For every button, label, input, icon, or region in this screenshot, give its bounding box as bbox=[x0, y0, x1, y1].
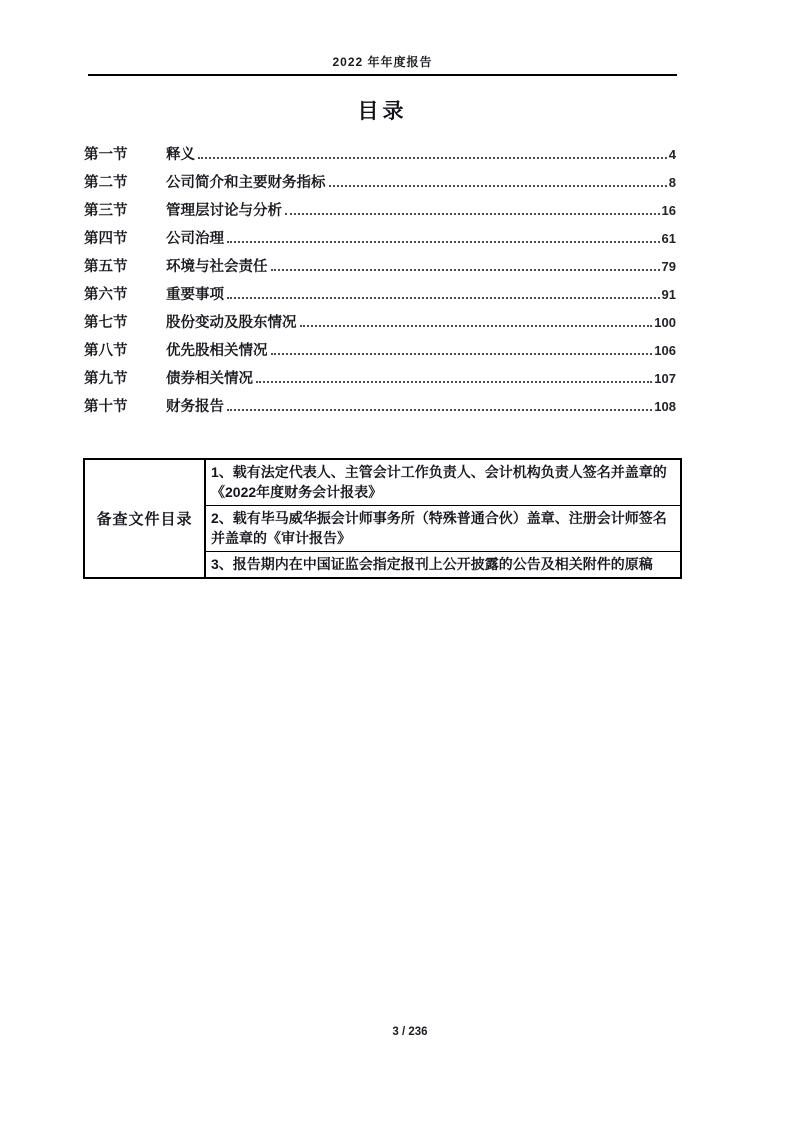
table-row: 1、载有法定代表人、主管会计工作负责人、会计机构负责人签名并盖章的《2022年度… bbox=[206, 460, 680, 506]
toc-entry-title: 债券相关情况 bbox=[166, 367, 254, 388]
toc-entry-10: 第十节 财务报告 108 bbox=[84, 395, 676, 423]
toc-entry-title: 释义 bbox=[166, 143, 196, 164]
toc-entry-2: 第二节 公司简介和主要财务指标 8 bbox=[84, 171, 676, 199]
table-row: 2、载有毕马威华振会计师事务所（特殊普通合伙）盖章、注册会计师签名并盖章的《审计… bbox=[206, 506, 680, 552]
footer-page-number: 3 / 236 bbox=[0, 1026, 794, 1038]
toc-entry-6: 第六节 重要事项 91 bbox=[84, 283, 676, 311]
toc-page-number: 100 bbox=[654, 315, 676, 330]
toc-entry-4: 第四节 公司治理 61 bbox=[84, 227, 676, 255]
toc-page-number: 61 bbox=[662, 231, 676, 246]
toc-entry-title: 财务报告 bbox=[166, 395, 225, 416]
toc-dot-leader bbox=[271, 269, 660, 271]
toc-dot-leader bbox=[227, 409, 652, 411]
toc-section-label: 第四节 bbox=[84, 227, 166, 248]
toc-section-label: 第十节 bbox=[84, 395, 166, 416]
toc-page-number: 4 bbox=[669, 147, 676, 162]
header-divider-rule bbox=[88, 74, 677, 76]
toc-dot-leader bbox=[329, 185, 667, 187]
toc-page-number: 107 bbox=[654, 371, 676, 386]
reference-table-label: 备查文件目录 bbox=[85, 460, 206, 577]
toc-dot-leader bbox=[285, 213, 660, 215]
reference-documents-table: 备查文件目录 1、载有法定代表人、主管会计工作负责人、会计机构负责人签名并盖章的… bbox=[83, 458, 682, 579]
toc-page-number: 16 bbox=[662, 203, 676, 218]
toc-page-number: 8 bbox=[669, 175, 676, 190]
table-of-contents: 第一节 释义 4 第二节 公司简介和主要财务指标 8 第三节 管理层讨论与分析 … bbox=[84, 143, 676, 423]
toc-dot-leader bbox=[271, 353, 653, 355]
toc-entry-title: 优先股相关情况 bbox=[166, 339, 269, 360]
annual-report-toc-page: { "page": { "header": "2022 年年度报告", "tit… bbox=[0, 0, 794, 1123]
toc-entry-8: 第八节 优先股相关情况 106 bbox=[84, 339, 676, 367]
table-row: 3、报告期内在中国证监会指定报刊上公开披露的公告及相关附件的原稿 bbox=[206, 552, 680, 577]
toc-entry-7: 第七节 股份变动及股东情况 100 bbox=[84, 311, 676, 339]
toc-entry-9: 第九节 债券相关情况 107 bbox=[84, 367, 676, 395]
toc-section-label: 第三节 bbox=[84, 199, 166, 220]
reference-table-rows: 1、载有法定代表人、主管会计工作负责人、会计机构负责人签名并盖章的《2022年度… bbox=[206, 460, 680, 577]
toc-section-label: 第八节 bbox=[84, 339, 166, 360]
toc-section-label: 第九节 bbox=[84, 367, 166, 388]
toc-dot-leader bbox=[300, 325, 653, 327]
toc-entry-title: 重要事项 bbox=[166, 283, 225, 304]
toc-page-number: 91 bbox=[662, 287, 676, 302]
toc-entry-title: 公司简介和主要财务指标 bbox=[166, 171, 327, 192]
toc-entry-title: 管理层讨论与分析 bbox=[166, 199, 283, 220]
toc-section-label: 第一节 bbox=[84, 143, 166, 164]
toc-entry-title: 股份变动及股东情况 bbox=[166, 311, 298, 332]
toc-entry-title: 公司治理 bbox=[166, 227, 225, 248]
toc-dot-leader bbox=[198, 157, 667, 159]
toc-page-number: 108 bbox=[654, 399, 676, 414]
toc-entry-title: 环境与社会责任 bbox=[166, 255, 269, 276]
toc-dot-leader bbox=[227, 297, 660, 299]
toc-entry-5: 第五节 环境与社会责任 79 bbox=[84, 255, 676, 283]
toc-section-label: 第七节 bbox=[84, 311, 166, 332]
page-title: 目录 bbox=[88, 95, 677, 125]
toc-section-label: 第二节 bbox=[84, 171, 166, 192]
toc-dot-leader bbox=[256, 381, 652, 383]
toc-page-number: 106 bbox=[654, 343, 676, 358]
toc-section-label: 第五节 bbox=[84, 255, 166, 276]
toc-page-number: 79 bbox=[662, 259, 676, 274]
toc-section-label: 第六节 bbox=[84, 283, 166, 304]
toc-dot-leader bbox=[227, 241, 660, 243]
report-header: 2022 年年度报告 bbox=[88, 53, 677, 70]
toc-entry-3: 第三节 管理层讨论与分析 16 bbox=[84, 199, 676, 227]
toc-entry-1: 第一节 释义 4 bbox=[84, 143, 676, 171]
